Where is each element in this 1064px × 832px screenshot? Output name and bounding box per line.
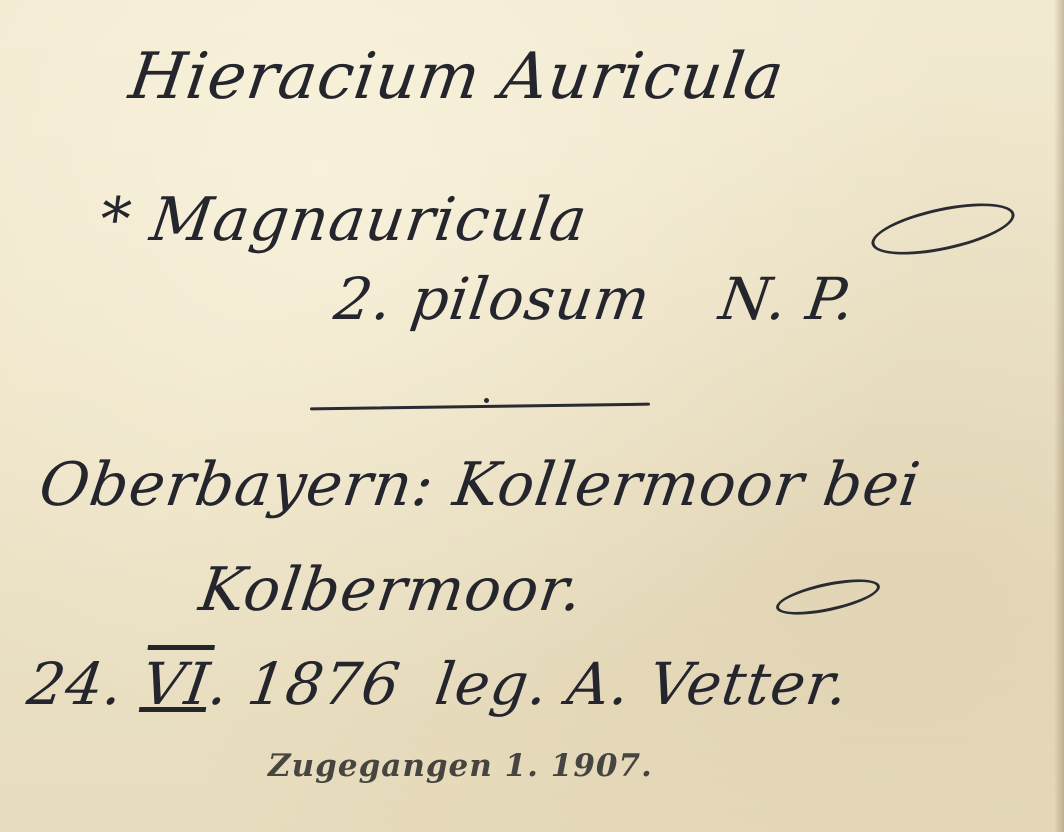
date-month-roman: VI [138,650,214,718]
collector-name: leg. A. Vetter. [431,650,853,718]
divider-rule [310,403,650,411]
taxon-name: Hieracium Auricula [125,40,789,114]
author-flourish [867,193,1019,264]
collection-date-line: 24. VI. 1876leg. A. Vetter. [23,650,853,718]
locality-line-2: Kolbermoor. [195,555,587,625]
date-day: 24. [23,650,128,718]
locality-line-1: Oberbayern: Kollermoor bei [35,450,925,520]
subspecies-name: * Magnauricula [95,185,592,255]
variety-line: 2. pilosumN. P. [330,265,859,333]
variety-name: 2. pilosum [330,265,655,333]
accession-stamp: Zugegangen 1. 1907. [268,748,653,784]
herbarium-label: Hieracium Auricula * Magnauricula 2. pil… [0,0,1064,832]
taxon-author: N. P. [715,265,859,333]
divider-dot [484,398,489,403]
date-year: . 1876 [205,650,405,718]
collector-flourish [773,572,883,621]
